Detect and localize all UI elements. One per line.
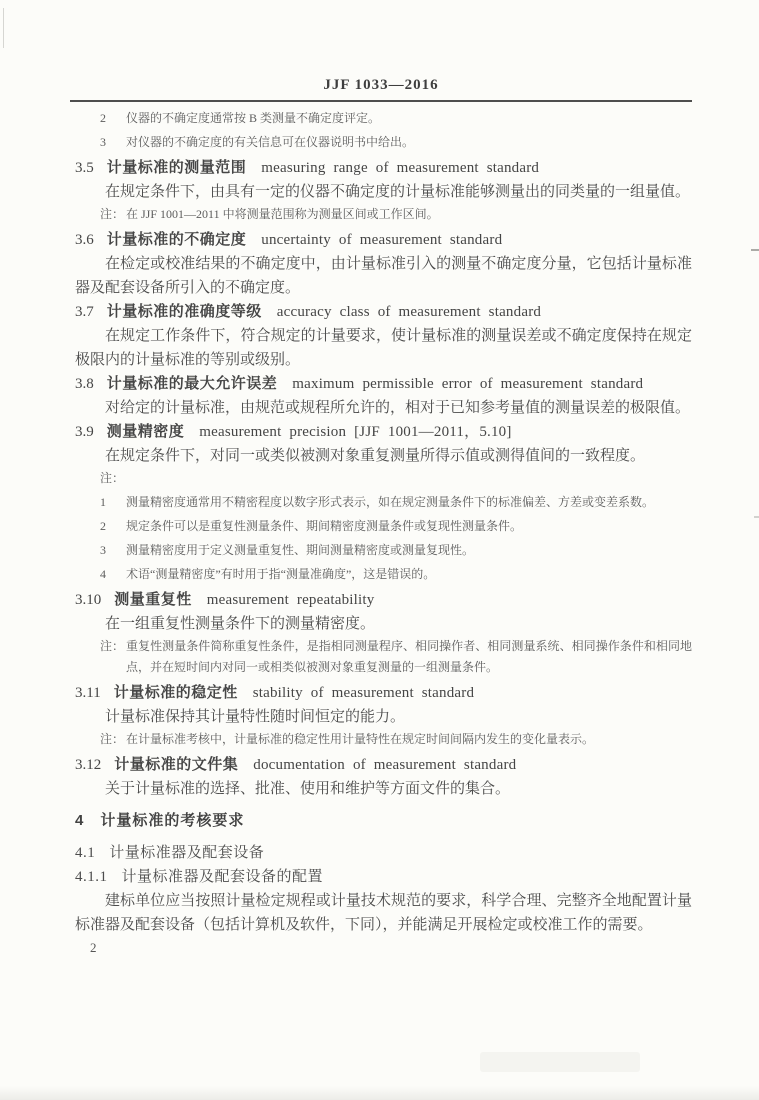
- note: 注：重复性测量条件简称重复性条件，是指相同测量程序、相同操作者、相同测量系统、相…: [100, 636, 692, 678]
- clause-number: 3.6: [75, 232, 94, 248]
- body-paragraph: 在规定条件下，由具有一定的仪器不确定度的计量标准能够测量出的同类量的一组量值。: [75, 180, 692, 204]
- document-page: JJF 1033—2016 2仪器的不确定度通常按 B 类测量不确定度评定。3对…: [0, 0, 759, 1100]
- term-heading: 3.9测量精密度measurement precision [JJF 1001—…: [75, 420, 692, 444]
- subsection-heading: 4.1.1计量标准器及配套设备的配置: [75, 865, 692, 889]
- note-number: 4: [100, 564, 126, 585]
- body-paragraph: 对给定的计量标准，由规范或规程所允许的，相对于已知参考量值的测量误差的极限值。: [75, 396, 692, 420]
- note-number: 3: [100, 132, 126, 153]
- term-title-en: accuracy class of measurement standard: [277, 304, 541, 320]
- clause-number: 3.5: [75, 160, 94, 176]
- term-heading: 3.10测量重复性measurement repeatability: [75, 588, 692, 612]
- clause-number: 3.7: [75, 304, 94, 320]
- term-title-en: measurement precision [JJF 1001—2011，5.1…: [199, 424, 511, 440]
- scan-artifact-left-edge: [3, 8, 4, 48]
- body-paragraph: 在一组重复性测量条件下的测量精密度。: [75, 612, 692, 636]
- clause-number: 3.12: [75, 757, 101, 773]
- clause-number: 3.8: [75, 376, 94, 392]
- term-heading: 3.5计量标准的测量范围measuring range of measureme…: [75, 156, 692, 180]
- subsection-heading: 4.1计量标准器及配套设备: [75, 841, 692, 865]
- note-number: 3: [100, 540, 126, 561]
- note: 注：在 JJF 1001—2011 中将测量范围称为测量区间或工作区间。: [100, 204, 692, 225]
- term-heading: 3.6计量标准的不确定度uncertainty of measurement s…: [75, 228, 692, 252]
- term-heading: 3.8计量标准的最大允许误差maximum permissible error …: [75, 372, 692, 396]
- standard-code: JJF 1033—2016: [323, 77, 438, 93]
- body-paragraph: 计量标准保持其计量特性随时间恒定的能力。: [75, 705, 692, 729]
- term-title-zh: 测量精密度: [107, 423, 185, 440]
- note-text: 术语“测量精密度”有时用于指“测量准确度”，这是错误的。: [126, 567, 435, 581]
- note-text: 测量精密度用于定义测量重复性、期间测量精密度或测量复现性。: [126, 543, 474, 557]
- term-heading: 3.12计量标准的文件集documentation of measurement…: [75, 753, 692, 777]
- scan-artifact-right-dash: [751, 249, 759, 251]
- scan-smudge: [480, 1052, 640, 1072]
- term-heading: 3.11计量标准的稳定性stability of measurement sta…: [75, 681, 692, 705]
- term-title-zh: 计量标准的测量范围: [107, 159, 247, 176]
- note-text: 重复性测量条件简称重复性条件，是指相同测量程序、相同操作者、相同测量系统、相同操…: [126, 639, 692, 674]
- note: 注：在计量标准考核中，计量标准的稳定性用计量特性在规定时间间隔内发生的变化量表示…: [100, 729, 692, 750]
- note-label: 注：: [100, 636, 126, 657]
- body-paragraph: 在规定条件下，对同一或类似被测对象重复测量所得示值或测得值间的一致程度。: [75, 444, 692, 468]
- term-title-en: uncertainty of measurement standard: [261, 232, 502, 248]
- term-title-en: measuring range of measurement standard: [261, 160, 539, 176]
- page-number: 2: [90, 939, 759, 957]
- note-text: 在 JJF 1001—2011 中将测量范围称为测量区间或工作区间。: [126, 207, 439, 221]
- numbered-note: 2规定条件可以是重复性测量条件、期间精密度测量条件或复现性测量条件。: [100, 516, 692, 537]
- term-title-zh: 计量标准的文件集: [114, 756, 238, 773]
- scan-artifact-right-dash-faint: [754, 516, 759, 518]
- numbered-note: 4术语“测量精密度”有时用于指“测量准确度”，这是错误的。: [100, 564, 692, 585]
- note-text: 在计量标准考核中，计量标准的稳定性用计量特性在规定时间间隔内发生的变化量表示。: [126, 732, 594, 746]
- term-title-zh: 测量重复性: [114, 591, 192, 608]
- note-number: 2: [100, 516, 126, 537]
- subsection-number: 4.1: [75, 845, 95, 861]
- clause-number: 3.9: [75, 424, 94, 440]
- term-title-en: measurement repeatability: [207, 592, 375, 608]
- numbered-note: 3测量精密度用于定义测量重复性、期间测量精密度或测量复现性。: [100, 540, 692, 561]
- body-paragraph: 关于计量标准的选择、批准、使用和维护等方面文件的集合。: [75, 777, 692, 801]
- term-title-zh: 计量标准的稳定性: [114, 684, 238, 701]
- term-title-zh: 计量标准的不确定度: [107, 231, 247, 248]
- subsection-title: 计量标准器及配套设备: [109, 845, 264, 861]
- chapter-heading: 4计量标准的考核要求: [75, 809, 692, 833]
- note-number: 2: [100, 108, 126, 129]
- page-header: JJF 1033—2016: [70, 0, 692, 102]
- subsection-title: 计量标准器及配套设备的配置: [122, 869, 324, 885]
- note-text: 仪器的不确定度通常按 B 类测量不确定度评定。: [126, 111, 380, 125]
- numbered-note: 1测量精密度通常用不精密程度以数字形式表示，如在规定测量条件下的标准偏差、方差或…: [100, 492, 692, 513]
- scan-bottom-shadow: [0, 1086, 759, 1100]
- body-paragraph: 在检定或校准结果的不确定度中，由计量标准引入的测量不确定度分量，它包括计量标准器…: [75, 252, 692, 300]
- chapter-number: 4: [75, 812, 84, 829]
- note-label: 注：: [100, 468, 692, 489]
- clause-number: 3.10: [75, 592, 101, 608]
- term-title-zh: 计量标准的准确度等级: [107, 303, 262, 320]
- subsection-number: 4.1.1: [75, 869, 108, 885]
- body-paragraph: 建标单位应当按照计量检定规程或计量技术规范的要求，科学合理、完整齐全地配置计量标…: [75, 889, 692, 937]
- body-paragraph: 在规定工作条件下，符合规定的计量要求，使计量标准的测量误差或不确定度保持在规定极…: [75, 324, 692, 372]
- term-title-en: stability of measurement standard: [253, 685, 474, 701]
- term-title-zh: 计量标准的最大允许误差: [107, 375, 278, 392]
- document-body: 2仪器的不确定度通常按 B 类测量不确定度评定。3对仪器的不确定度的有关信息可在…: [75, 108, 692, 937]
- note-text: 对仪器的不确定度的有关信息可在仪器说明书中给出。: [126, 135, 414, 149]
- note-text: 测量精密度通常用不精密程度以数字形式表示，如在规定测量条件下的标准偏差、方差或变…: [126, 495, 654, 509]
- numbered-note: 3对仪器的不确定度的有关信息可在仪器说明书中给出。: [100, 132, 692, 153]
- note-number: 1: [100, 492, 126, 513]
- chapter-title: 计量标准的考核要求: [100, 812, 244, 829]
- note-label: 注：: [100, 204, 126, 225]
- clause-number: 3.11: [75, 685, 101, 701]
- note-text: 规定条件可以是重复性测量条件、期间精密度测量条件或复现性测量条件。: [126, 519, 522, 533]
- term-heading: 3.7计量标准的准确度等级accuracy class of measureme…: [75, 300, 692, 324]
- term-title-en: documentation of measurement standard: [253, 757, 516, 773]
- numbered-note: 2仪器的不确定度通常按 B 类测量不确定度评定。: [100, 108, 692, 129]
- note-label: 注：: [100, 729, 126, 750]
- term-title-en: maximum permissible error of measurement…: [292, 376, 643, 392]
